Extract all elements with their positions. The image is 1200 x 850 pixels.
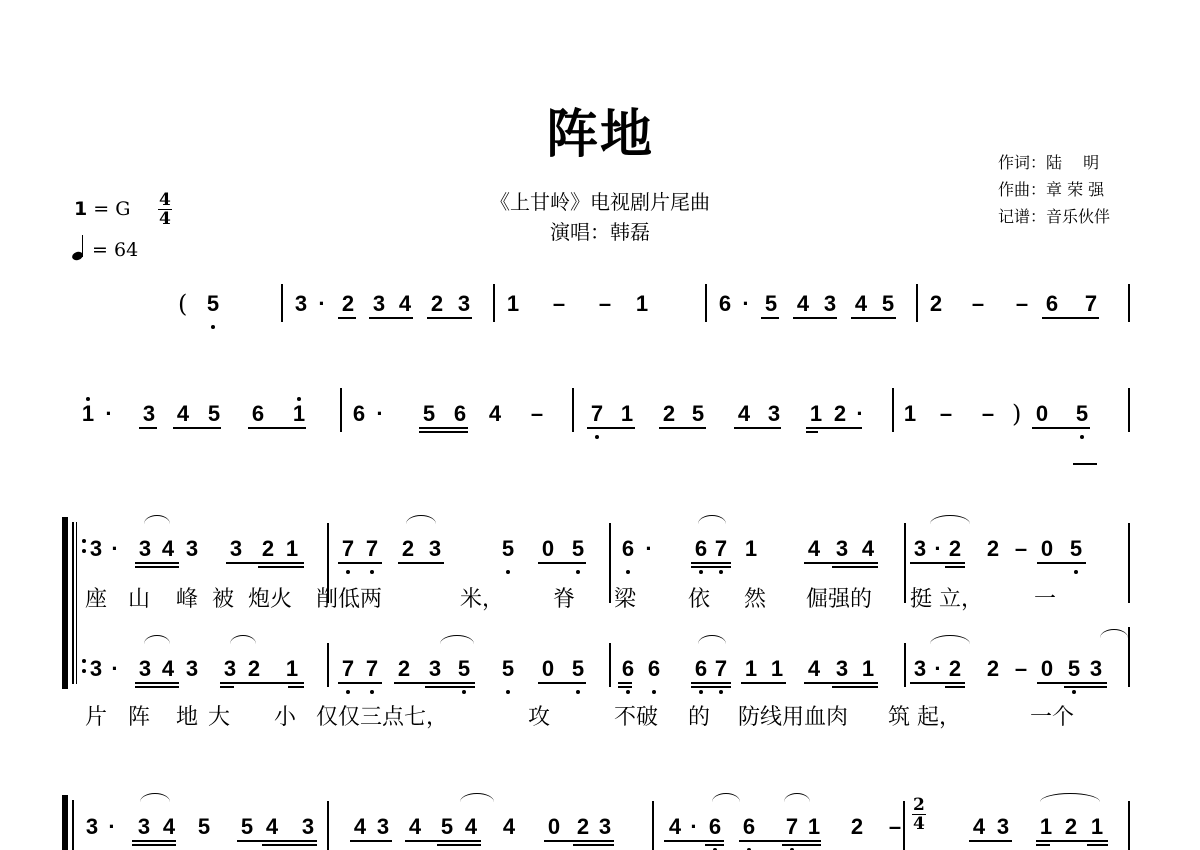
underline [851, 317, 896, 319]
slur [140, 793, 170, 802]
note: 5 [1068, 537, 1084, 561]
barline [1128, 801, 1130, 850]
barline [1128, 388, 1130, 432]
note: 3 [822, 292, 838, 316]
note: 5 [500, 657, 516, 681]
barline [281, 284, 283, 322]
lyric-text: 阵 [128, 705, 150, 731]
underline [248, 427, 306, 429]
note: 6 [693, 657, 709, 681]
extension-dash: – [970, 292, 986, 316]
note: 1 [284, 657, 300, 681]
verse-2-lyrics: 片阵地大小仅仅三点七，攻不破的防线用血肉筑 起，一个 [0, 705, 1200, 735]
note: 3 [88, 657, 104, 681]
lyric-text: 仅仅三点七， [316, 705, 448, 731]
lyric-text: 防线用血肉 [738, 705, 848, 731]
note: 4 [501, 815, 517, 839]
note: 2 [849, 815, 865, 839]
note: 0 [1039, 537, 1055, 561]
barline [340, 388, 342, 432]
lyric-text: 挺 立， [910, 587, 983, 613]
note: 5 [570, 657, 586, 681]
underline [587, 427, 635, 429]
note: 6 [620, 657, 636, 681]
note: 3 [88, 537, 104, 561]
staff-line-1: ( 53·234231––16·543452––67 [0, 290, 1200, 350]
extension-dash: – [980, 402, 996, 426]
note: 4 [795, 292, 811, 316]
lyric-text: 梁 [614, 587, 636, 613]
slur [930, 635, 970, 644]
note: 5 [1074, 402, 1090, 426]
slur [930, 515, 970, 524]
note: 3 [371, 292, 387, 316]
note: 3 [137, 537, 153, 561]
slur [784, 793, 810, 802]
note: 3 [427, 657, 443, 681]
note: 1 [1089, 815, 1105, 839]
note: 0 [1034, 402, 1050, 426]
barline [327, 643, 329, 687]
verse-1-lyrics: 座山峰被炮火削低两米，脊梁依然倔强的挺 立，一 [0, 587, 1200, 617]
note: 2 [400, 537, 416, 561]
staff-line-2: ) 1·345616·564–71254312·1––05 [0, 400, 1200, 480]
key-signature: 1 = G [74, 198, 130, 220]
note: 7 [713, 537, 729, 561]
pickup-dash [1073, 463, 1097, 465]
slur [440, 635, 474, 644]
lyric-text: 片 [85, 705, 107, 731]
barline [903, 801, 905, 850]
note: 5 [239, 815, 255, 839]
note: 3 [136, 815, 152, 839]
lyric-text: 的 [688, 705, 710, 731]
extension-dash: – [551, 292, 567, 316]
note: 3 [597, 815, 613, 839]
augmentation-dot: · [686, 815, 702, 839]
note: 3 [141, 402, 157, 426]
barline [916, 284, 918, 322]
underline [173, 427, 221, 429]
note: 3 [834, 537, 850, 561]
underline [338, 317, 356, 319]
note: 7 [340, 537, 356, 561]
note: 4 [736, 402, 752, 426]
note: 3 [766, 402, 782, 426]
lyric-text: 一个 [1030, 705, 1074, 731]
note: 4 [161, 815, 177, 839]
note: 1 [619, 402, 635, 426]
note: 6 [1044, 292, 1060, 316]
lyric-text: 攻 [528, 705, 550, 731]
note: 5 [570, 537, 586, 561]
lyric-text: 一 [1034, 587, 1056, 613]
barline [1128, 284, 1130, 322]
lyric-text: 倔强的 [806, 587, 872, 613]
note: 6 [717, 292, 733, 316]
slur [698, 635, 726, 644]
note: 3 [834, 657, 850, 681]
note: 3 [456, 292, 472, 316]
note: 5 [456, 657, 472, 681]
lyric-text: 峰 [176, 587, 198, 613]
underline [427, 317, 472, 319]
note: 0 [540, 657, 556, 681]
note: 5 [763, 292, 779, 316]
note: 4 [667, 815, 683, 839]
note: 7 [589, 402, 605, 426]
augmentation-dot: · [314, 292, 330, 316]
slur [698, 515, 726, 524]
note: 4 [407, 815, 423, 839]
note: 4 [397, 292, 413, 316]
lyric-text: 大 [208, 705, 230, 731]
slur [144, 635, 170, 644]
note: 0 [546, 815, 562, 839]
note: 3 [84, 815, 100, 839]
note: 7 [364, 537, 380, 561]
note: 3 [184, 537, 200, 561]
key-name: = G [93, 198, 130, 220]
slur [144, 515, 170, 524]
note: 3 [912, 657, 928, 681]
note: 4 [971, 815, 987, 839]
tempo-marking: = 64 [72, 236, 138, 261]
lyric-text: 不破 [614, 705, 658, 731]
transcriber-credit: 记谱：音乐伙伴 [998, 204, 1110, 227]
augmentation-dot: · [107, 537, 123, 561]
extension-dash: – [1013, 537, 1029, 561]
note: 5 [880, 292, 896, 316]
underline [793, 317, 837, 319]
lyric-text: 座 [85, 587, 107, 613]
lyric-text: 小 [274, 705, 296, 731]
note: 3 [184, 657, 200, 681]
slur [406, 515, 436, 524]
augmentation-dot: · [101, 402, 117, 426]
note: 3 [375, 815, 391, 839]
underline [1032, 427, 1090, 429]
note: 1 [743, 537, 759, 561]
augmentation-dot: · [930, 537, 946, 561]
barline [892, 388, 894, 432]
lyric-text: 筑 起， [888, 705, 961, 731]
note: 5 [500, 537, 516, 561]
underline [659, 427, 706, 429]
note: 5 [205, 292, 221, 316]
key-degree: 1 [74, 198, 87, 220]
time-numerator: 4 [158, 192, 172, 210]
underline [806, 431, 818, 433]
note: 7 [713, 657, 729, 681]
note: 5 [206, 402, 222, 426]
lyric-text: 削低两 [316, 587, 382, 613]
lyric-text: 脊 [553, 587, 575, 613]
note: 4 [160, 657, 176, 681]
underline [806, 427, 862, 429]
note: 2 [429, 292, 445, 316]
note: 5 [1066, 657, 1082, 681]
note: 5 [421, 402, 437, 426]
barline [904, 643, 906, 687]
note: 2 [661, 402, 677, 426]
note: 2 [928, 292, 944, 316]
note: 4 [463, 815, 479, 839]
extension-dash: – [1013, 657, 1029, 681]
note: 6 [646, 657, 662, 681]
barline [572, 388, 574, 432]
note: 4 [806, 657, 822, 681]
extension-dash: – [938, 402, 954, 426]
barline [493, 284, 495, 322]
augmentation-dot: · [372, 402, 388, 426]
note: 3 [300, 815, 316, 839]
note: 3 [1088, 657, 1104, 681]
slur [230, 635, 256, 644]
note: 1 [505, 292, 521, 316]
note: 1 [902, 402, 918, 426]
lyric-text: 然 [744, 587, 766, 613]
note: 7 [364, 657, 380, 681]
extension-dash: – [887, 815, 903, 839]
note: 4 [806, 537, 822, 561]
lyric-text: 山 [128, 587, 150, 613]
note: 2 [396, 657, 412, 681]
note: 3 [228, 537, 244, 561]
slur [460, 793, 494, 802]
note: 1 [1038, 815, 1054, 839]
note: 2 [1063, 815, 1079, 839]
quarter-note-icon [72, 236, 86, 260]
note: 1 [769, 657, 785, 681]
underline [419, 431, 468, 433]
repeat-sign [82, 659, 86, 679]
note: 4 [860, 537, 876, 561]
repeat-sign [82, 539, 86, 559]
note: 1 [291, 402, 307, 426]
note: 1 [634, 292, 650, 316]
extension-dash: – [597, 292, 613, 316]
note: 3 [293, 292, 309, 316]
note: 1 [284, 537, 300, 561]
underline [139, 427, 157, 429]
extension-dash: – [1014, 292, 1030, 316]
note: 7 [340, 657, 356, 681]
augmentation-dot: · [738, 292, 754, 316]
note: 6 [707, 815, 723, 839]
underline [734, 427, 781, 429]
augmentation-dot: · [104, 815, 120, 839]
underline [369, 317, 413, 319]
underline [1042, 317, 1099, 319]
note: 2 [947, 657, 963, 681]
note: 6 [351, 402, 367, 426]
time-signature-change: 2 4 [912, 797, 926, 832]
note: 4 [487, 402, 503, 426]
augmentation-dot: · [852, 402, 868, 426]
note: 6 [452, 402, 468, 426]
underline [761, 317, 779, 319]
note: 3 [137, 657, 153, 681]
note: 2 [260, 537, 276, 561]
note: 2 [985, 537, 1001, 561]
lyric-text: 地 [176, 705, 198, 731]
note: 3 [427, 537, 443, 561]
note: 0 [1039, 657, 1055, 681]
lyric-text: 被 [212, 587, 234, 613]
tempo-value: = 64 [92, 239, 138, 261]
note: 5 [690, 402, 706, 426]
note: 1 [808, 402, 824, 426]
barline [705, 284, 707, 322]
lyric-text: 炮火 [248, 587, 292, 613]
note: 3 [222, 657, 238, 681]
note: 3 [912, 537, 928, 561]
note: 6 [620, 537, 636, 561]
time-denominator: 4 [158, 210, 172, 227]
note: 7 [784, 815, 800, 839]
time-numerator: 2 [912, 797, 926, 815]
barline [609, 643, 611, 687]
lyric-text: 依 [688, 587, 710, 613]
staff-line-5: 2 4 3·3455434345440234·66712–43121 [0, 813, 1200, 850]
lyricist-credit: 作词：陆 明 [998, 150, 1099, 173]
close-paren: ) [1012, 400, 1021, 428]
augmentation-dot: · [107, 657, 123, 681]
note: 4 [853, 292, 869, 316]
note: 2 [575, 815, 591, 839]
note: 1 [806, 815, 822, 839]
note: 6 [693, 537, 709, 561]
note: 2 [832, 402, 848, 426]
underline [419, 427, 468, 429]
note: 0 [540, 537, 556, 561]
note: 1 [860, 657, 876, 681]
time-denominator: 4 [912, 815, 926, 832]
note: 4 [175, 402, 191, 426]
composer-credit: 作曲：章 荣 强 [998, 177, 1104, 200]
slur [1040, 793, 1100, 802]
note: 2 [947, 537, 963, 561]
note: 4 [352, 815, 368, 839]
note: 2 [246, 657, 262, 681]
note: 3 [995, 815, 1011, 839]
note: 2 [985, 657, 1001, 681]
augmentation-dot: · [641, 537, 657, 561]
note: 2 [340, 292, 356, 316]
barline [1128, 627, 1130, 687]
barline [327, 801, 329, 850]
note: 4 [160, 537, 176, 561]
note: 7 [1083, 292, 1099, 316]
barline [652, 801, 654, 850]
extension-dash: – [529, 402, 545, 426]
open-paren: ( [178, 290, 187, 318]
note: 4 [264, 815, 280, 839]
time-signature: 4 4 [158, 192, 172, 227]
lyric-text: 米， [460, 587, 504, 613]
slur [712, 793, 740, 802]
note: 6 [741, 815, 757, 839]
note: 1 [743, 657, 759, 681]
note: 6 [250, 402, 266, 426]
slur [1100, 629, 1128, 638]
note: 5 [439, 815, 455, 839]
augmentation-dot: · [930, 657, 946, 681]
note: 1 [80, 402, 96, 426]
note: 5 [196, 815, 212, 839]
